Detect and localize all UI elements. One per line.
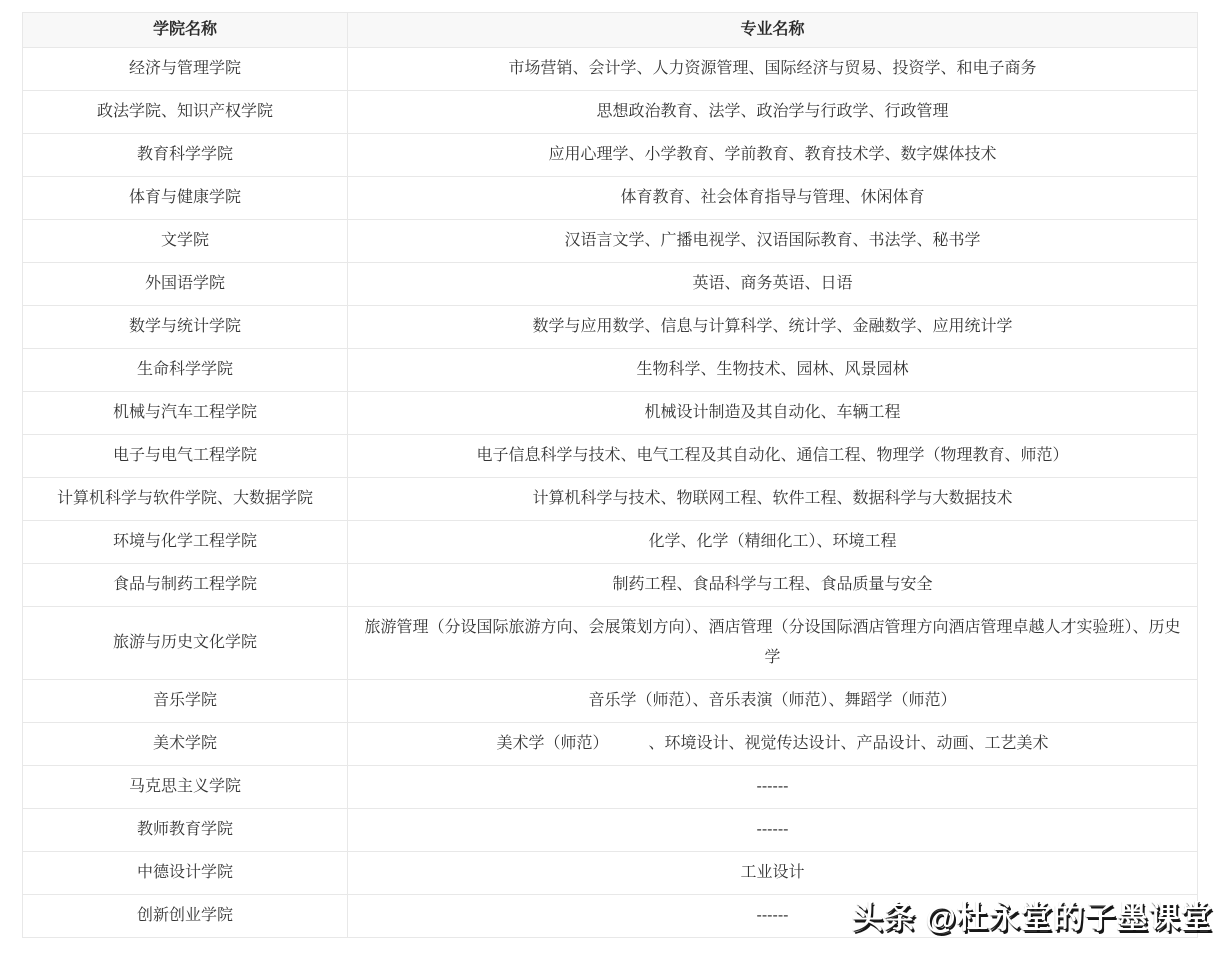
majors-cell: 机械设计制造及其自动化、车辆工程 [348, 392, 1198, 435]
table-row: 外国语学院英语、商务英语、日语 [23, 263, 1198, 306]
table-row: 政法学院、知识产权学院思想政治教育、法学、政治学与行政学、行政管理 [23, 91, 1198, 134]
majors-cell: 思想政治教育、法学、政治学与行政学、行政管理 [348, 91, 1198, 134]
table-row: 电子与电气工程学院电子信息科学与技术、电气工程及其自动化、通信工程、物理学（物理… [23, 435, 1198, 478]
table-row: 数学与统计学院数学与应用数学、信息与计算科学、统计学、金融数学、应用统计学 [23, 306, 1198, 349]
majors-cell: 美术学（师范） 、环境设计、视觉传达设计、产品设计、动画、工艺美术 [348, 723, 1198, 766]
majors-cell: 数学与应用数学、信息与计算科学、统计学、金融数学、应用统计学 [348, 306, 1198, 349]
majors-cell: 体育教育、社会体育指导与管理、休闲体育 [348, 177, 1198, 220]
college-name-cell: 政法学院、知识产权学院 [23, 91, 348, 134]
college-name-cell: 食品与制药工程学院 [23, 564, 348, 607]
college-name-cell: 旅游与历史文化学院 [23, 607, 348, 680]
college-name-cell: 创新创业学院 [23, 895, 348, 938]
college-name-cell: 音乐学院 [23, 680, 348, 723]
majors-cell: 制药工程、食品科学与工程、食品质量与安全 [348, 564, 1198, 607]
majors-cell: 应用心理学、小学教育、学前教育、教育技术学、数字媒体技术 [348, 134, 1198, 177]
table-row: 美术学院美术学（师范） 、环境设计、视觉传达设计、产品设计、动画、工艺美术 [23, 723, 1198, 766]
majors-cell: ------ [348, 766, 1198, 809]
college-majors-table: 学院名称 专业名称 经济与管理学院市场营销、会计学、人力资源管理、国际经济与贸易… [22, 12, 1198, 938]
table-row: 旅游与历史文化学院旅游管理（分设国际旅游方向、会展策划方向）、酒店管理（分设国际… [23, 607, 1198, 680]
college-name-cell: 经济与管理学院 [23, 48, 348, 91]
majors-cell: 电子信息科学与技术、电气工程及其自动化、通信工程、物理学（物理教育、师范） [348, 435, 1198, 478]
majors-cell: 英语、商务英语、日语 [348, 263, 1198, 306]
college-name-cell: 教育科学学院 [23, 134, 348, 177]
table-row: 马克思主义学院------ [23, 766, 1198, 809]
table-row: 生命科学学院生物科学、生物技术、园林、风景园林 [23, 349, 1198, 392]
header-row: 学院名称 专业名称 [23, 13, 1198, 48]
table-row: 中德设计学院工业设计 [23, 852, 1198, 895]
table-row: 教育科学学院应用心理学、小学教育、学前教育、教育技术学、数字媒体技术 [23, 134, 1198, 177]
majors-cell: ------ [348, 895, 1198, 938]
college-name-cell: 计算机科学与软件学院、大数据学院 [23, 478, 348, 521]
table-row: 机械与汽车工程学院机械设计制造及其自动化、车辆工程 [23, 392, 1198, 435]
table-row: 创新创业学院------ [23, 895, 1198, 938]
majors-cell: ------ [348, 809, 1198, 852]
table-row: 计算机科学与软件学院、大数据学院计算机科学与技术、物联网工程、软件工程、数据科学… [23, 478, 1198, 521]
college-name-cell: 教师教育学院 [23, 809, 348, 852]
majors-cell: 化学、化学（精细化工）、环境工程 [348, 521, 1198, 564]
majors-cell: 计算机科学与技术、物联网工程、软件工程、数据科学与大数据技术 [348, 478, 1198, 521]
table-row: 食品与制药工程学院制药工程、食品科学与工程、食品质量与安全 [23, 564, 1198, 607]
page: 学院名称 专业名称 经济与管理学院市场营销、会计学、人力资源管理、国际经济与贸易… [0, 0, 1221, 962]
college-name-cell: 生命科学学院 [23, 349, 348, 392]
college-name-cell: 电子与电气工程学院 [23, 435, 348, 478]
college-name-cell: 体育与健康学院 [23, 177, 348, 220]
majors-cell: 市场营销、会计学、人力资源管理、国际经济与贸易、投资学、和电子商务 [348, 48, 1198, 91]
table-row: 环境与化学工程学院化学、化学（精细化工）、环境工程 [23, 521, 1198, 564]
majors-cell: 音乐学（师范）、音乐表演（师范）、舞蹈学（师范） [348, 680, 1198, 723]
majors-cell: 生物科学、生物技术、园林、风景园林 [348, 349, 1198, 392]
table-row: 音乐学院音乐学（师范）、音乐表演（师范）、舞蹈学（师范） [23, 680, 1198, 723]
major-name-header: 专业名称 [348, 13, 1198, 48]
college-name-cell: 美术学院 [23, 723, 348, 766]
table-header: 学院名称 专业名称 [23, 13, 1198, 48]
college-name-cell: 马克思主义学院 [23, 766, 348, 809]
table-row: 教师教育学院------ [23, 809, 1198, 852]
college-name-header: 学院名称 [23, 13, 348, 48]
majors-cell: 汉语言文学、广播电视学、汉语国际教育、书法学、秘书学 [348, 220, 1198, 263]
table-row: 文学院汉语言文学、广播电视学、汉语国际教育、书法学、秘书学 [23, 220, 1198, 263]
college-name-cell: 数学与统计学院 [23, 306, 348, 349]
college-name-cell: 中德设计学院 [23, 852, 348, 895]
table-body: 经济与管理学院市场营销、会计学、人力资源管理、国际经济与贸易、投资学、和电子商务… [23, 48, 1198, 938]
college-name-cell: 外国语学院 [23, 263, 348, 306]
college-name-cell: 文学院 [23, 220, 348, 263]
college-name-cell: 机械与汽车工程学院 [23, 392, 348, 435]
table-row: 体育与健康学院体育教育、社会体育指导与管理、休闲体育 [23, 177, 1198, 220]
majors-cell: 工业设计 [348, 852, 1198, 895]
majors-cell: 旅游管理（分设国际旅游方向、会展策划方向）、酒店管理（分设国际酒店管理方向酒店管… [348, 607, 1198, 680]
college-name-cell: 环境与化学工程学院 [23, 521, 348, 564]
table-row: 经济与管理学院市场营销、会计学、人力资源管理、国际经济与贸易、投资学、和电子商务 [23, 48, 1198, 91]
